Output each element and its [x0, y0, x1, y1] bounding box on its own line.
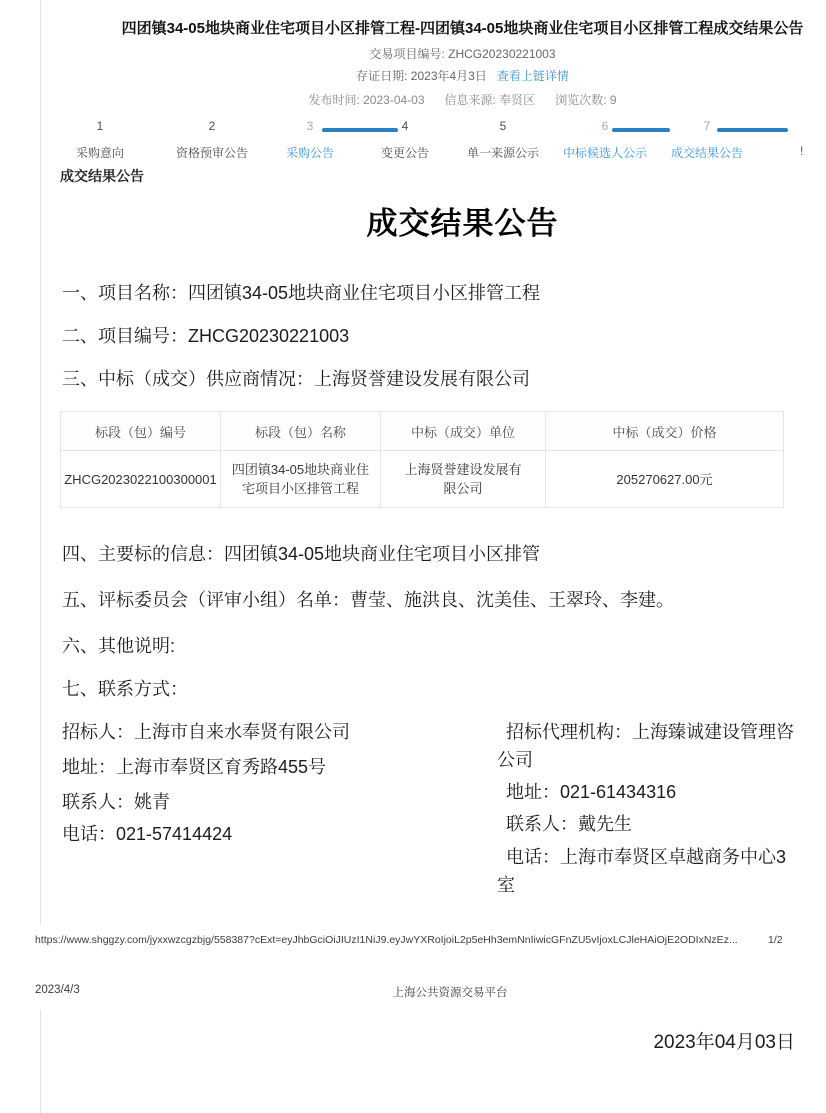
step-candidate-publicity[interactable]: 6 中标候选人公示: [550, 119, 660, 161]
step-connector-3-4: [322, 128, 398, 132]
platform-name: 上海公共资源交易平台: [40, 984, 826, 1000]
step-number: 2: [157, 119, 267, 133]
view-chain-details-link[interactable]: 查看上链详情: [497, 69, 569, 83]
table-row: ZHCG2023022100300001 四团镇34-05地块商业住宅项目小区排…: [61, 451, 784, 508]
cell-section-name: 四团镇34-05地块商业住宅项目小区排管工程: [221, 451, 381, 508]
table-header-row: 标段（包）编号 标段（包）名称 中标（成交）单位 中标（成交）价格: [61, 412, 784, 451]
bidder-contact-person: 联系人：姚青: [62, 788, 170, 814]
step-label: 成交结果公告: [652, 144, 762, 161]
cell-section-no: ZHCG2023022100300001: [61, 451, 221, 508]
item-other-notes: 六、其他说明:: [62, 632, 175, 658]
step-label: 单一来源公示: [448, 144, 558, 161]
item-project-number: 二、项目编号：ZHCG20230221003: [62, 322, 349, 348]
item-contact-info: 七、联系方式：: [62, 675, 188, 701]
step-single-source[interactable]: 5 单一来源公示: [448, 119, 558, 161]
item-winning-supplier: 三、中标（成交）供应商情况：上海贤誉建设发展有限公司: [62, 365, 530, 391]
closing-date: 2023年04月03日: [495, 1027, 795, 1054]
step-connector-7-8: [717, 128, 788, 132]
publish-meta-line: 发布时间: 2023-04-03信息来源: 奉贤区浏览次数: 9: [40, 91, 826, 108]
agency-phone-line1: 电话：上海市奉贤区卓越商务中心3: [506, 843, 786, 869]
bidder-phone: 电话：021-57414424: [62, 820, 232, 846]
bidder-address: 地址：上海市奉贤区育秀路455号: [62, 753, 326, 779]
step-label: 资格预审公告: [157, 144, 267, 161]
announcement-page: { "header": { "doc_title": "四团镇34-05地块商业…: [0, 0, 826, 1113]
bidder-name: 招标人：上海市自来水奉贤有限公司: [62, 718, 350, 744]
agency-name-line1: 招标代理机构：上海臻诚建设管理咨: [506, 718, 794, 744]
step-change-notice[interactable]: 4 变更公告: [350, 119, 460, 161]
cell-winning-price: 205270627.00元: [546, 451, 784, 508]
info-source: 信息来源: 奉贤区: [445, 93, 536, 107]
step-number: 1: [45, 119, 155, 133]
cert-date: 存证日期: 2023年4月3日: [356, 69, 487, 83]
col-header-winning-price: 中标（成交）价格: [546, 412, 784, 451]
step-label: 变更公告: [350, 144, 460, 161]
step-result-announcement[interactable]: 7 成交结果公告: [652, 119, 762, 161]
view-count: 浏览次数: 9: [555, 93, 616, 107]
page-indicator: 1/2: [768, 934, 783, 946]
step-label: 采购公告: [255, 144, 365, 161]
page2-left-border: [40, 1010, 41, 1113]
document-title: 四团镇34-05地块商业住宅项目小区排管工程-四团镇34-05地块商业住宅项目小…: [40, 17, 826, 38]
item-main-subject: 四、主要标的信息：四团镇34-05地块商业住宅项目小区排管: [62, 540, 540, 566]
cert-date-line: 存证日期: 2023年4月3日查看上链详情: [40, 67, 826, 84]
project-number: 交易项目编号: ZHCG20230221003: [369, 47, 555, 61]
publish-time: 发布时间: 2023-04-03: [308, 93, 424, 107]
clipped-step-8-label: !: [800, 144, 805, 158]
step-label: 中标候选人公示: [550, 144, 660, 161]
project-number-line: 交易项目编号: ZHCG20230221003: [40, 45, 826, 62]
page1-left-border: [40, 0, 41, 925]
step-label: 采购意向: [45, 144, 155, 161]
item-evaluation-committee: 五、评标委员会（评审小组）名单：曹莹、施洪良、沈美佳、王翠玲、李建。: [62, 586, 674, 612]
step-purchase-intent[interactable]: 1 采购意向: [45, 119, 155, 161]
cell-winning-unit: 上海贤誉建设发展有限公司: [381, 451, 546, 508]
source-url: https://www.shggzy.com/jyxxwzcgzbjg/5583…: [35, 934, 738, 946]
section-label: 成交结果公告: [60, 166, 144, 186]
step-number: 5: [448, 119, 558, 133]
result-table: 标段（包）编号 标段（包）名称 中标（成交）单位 中标（成交）价格 ZHCG20…: [60, 411, 784, 508]
col-header-section-name: 标段（包）名称: [221, 412, 381, 451]
page-title: 成交结果公告: [40, 198, 826, 243]
agency-phone-line2: 室: [497, 871, 515, 897]
step-connector-6-7: [612, 128, 670, 132]
item-project-name: 一、项目名称：四团镇34-05地块商业住宅项目小区排管工程: [62, 279, 540, 305]
agency-contact-person: 联系人：戴先生: [506, 810, 632, 836]
step-procurement-notice[interactable]: 3 采购公告: [255, 119, 365, 161]
agency-name-line2: 公司: [497, 746, 533, 772]
col-header-winning-unit: 中标（成交）单位: [381, 412, 546, 451]
step-prequalification[interactable]: 2 资格预审公告: [157, 119, 267, 161]
agency-address: 地址：021-61434316: [506, 778, 676, 804]
col-header-section-no: 标段（包）编号: [61, 412, 221, 451]
